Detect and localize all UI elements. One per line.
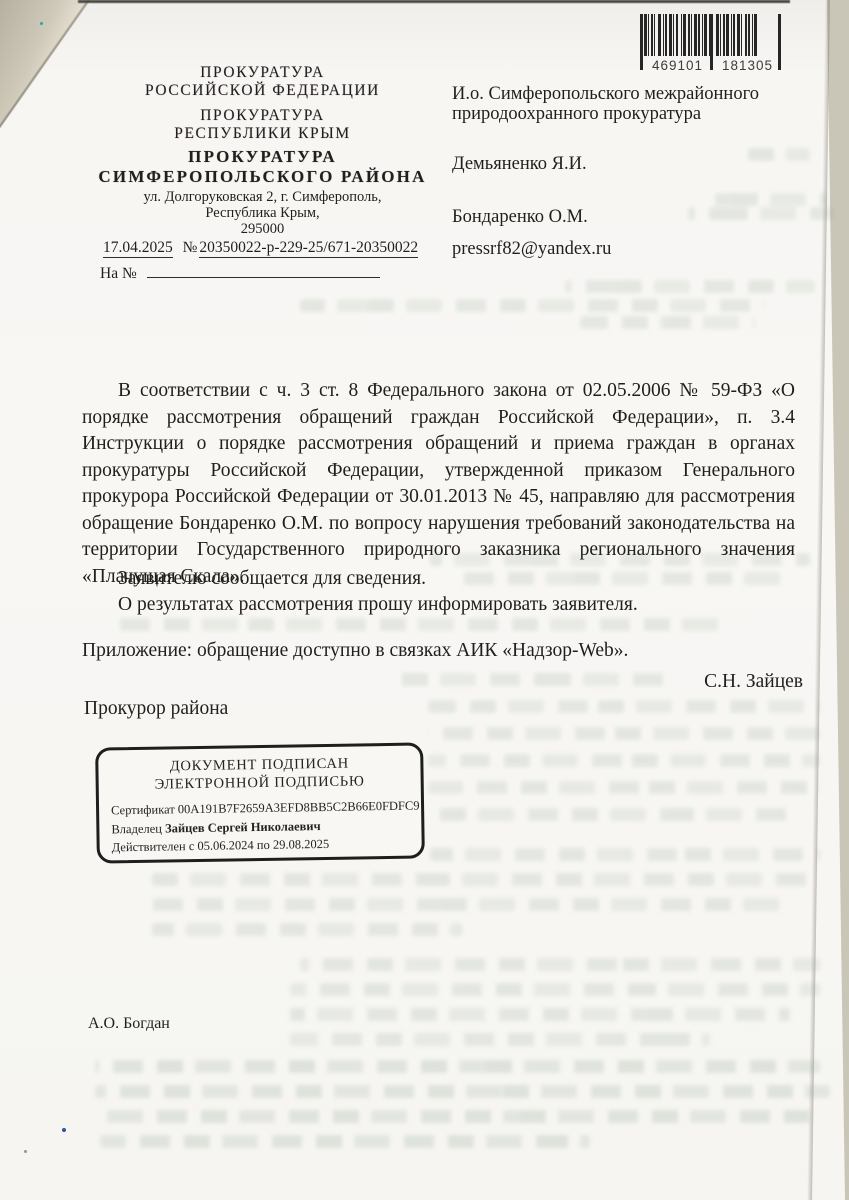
attachment-line: Приложение: обращение доступно в связках… [82, 638, 628, 665]
letterhead-address-line2: Республика Крым, [95, 205, 430, 221]
bleedthrough-band [300, 299, 765, 312]
body-paragraph-3: О результатах рассмотрения прошу информи… [118, 592, 638, 619]
outgoing-number: 20350022-р-229-25/671-20350022 [199, 239, 418, 258]
number-sign: № [183, 239, 198, 256]
bleedthrough-band [95, 1060, 820, 1073]
stamp-validity-line: Действителен с 05.06.2024 по 29.08.2025 [112, 837, 330, 855]
stamp-title-line2: ЭЛЕКТРОННОЙ ПОДПИСЬЮ [99, 772, 421, 794]
stamp-certificate-line: Сертификат 00A191B7F2659A3EFD8BB5C2B66E0… [111, 798, 420, 818]
digital-signature-stamp: ДОКУМЕНТ ПОДПИСАН ЭЛЕКТРОННОЙ ПОДПИСЬЮ С… [95, 742, 425, 863]
body-paragraph-2: Заявителю сообщается для сведения. [118, 566, 426, 593]
outgoing-date: 17.04.2025 [103, 239, 173, 258]
letterhead-org-federation-2: РОССИЙСКОЙ ФЕДЕРАЦИИ [95, 82, 430, 100]
barcode-digits-right: 181305 [722, 58, 773, 73]
bleedthrough-band [100, 1135, 590, 1148]
stamp-certificate-value: 00A191B7F2659A3EFD8BB5C2B66E0FDFC9 [178, 798, 420, 816]
letterhead-org-district-2: СИМФЕРОПОЛЬСКОГО РАЙОНА [95, 167, 430, 187]
recipient-addressee: И.о. Симферопольского межрайонного приро… [452, 85, 764, 124]
bleedthrough-band [688, 207, 833, 220]
recipient-person-2: Бондаренко О.М. [452, 208, 588, 228]
bleedthrough-band [152, 873, 820, 886]
scan-edge-shadow [78, 0, 790, 3]
bleedthrough-band [748, 148, 810, 161]
bleedthrough-band [428, 754, 820, 767]
barcode-bars [640, 14, 759, 56]
bleedthrough-band [112, 618, 724, 631]
bleedthrough-band [290, 983, 820, 996]
bleedthrough-band [290, 1008, 790, 1021]
letterhead-org-district-1: ПРОКУРАТУРА [95, 147, 430, 167]
body-paragraph-1: В соответствии с ч. 3 ст. 8 Федерального… [82, 378, 795, 590]
barcode-guard-bar [778, 14, 781, 70]
stamp-owner-line: Владелец Зайцев Сергей Николаевич [111, 819, 320, 837]
bleedthrough-band [428, 781, 820, 794]
scan-speck [40, 22, 43, 25]
stamp-owner-value: Зайцев Сергей Николаевич [165, 819, 321, 835]
stamp-certificate-label: Сертификат [111, 802, 175, 817]
barcode-guard-bar [710, 14, 713, 70]
reference-label: На № [100, 265, 137, 282]
signer-name: С.Н. Зайцев [650, 669, 803, 696]
recipient-email: pressrf82@yandex.ru [452, 240, 611, 260]
bleedthrough-band [152, 898, 792, 911]
recipient-person-1: Демьяненко Я.И. [452, 155, 587, 175]
outgoing-dateline: 17.04.2025 №20350022-р-229-25/671-203500… [103, 239, 418, 257]
barcode: 469101 181305 [640, 14, 782, 76]
bleedthrough-band [565, 280, 815, 293]
bleedthrough-band [95, 1110, 810, 1123]
bleedthrough-band [290, 1033, 710, 1046]
reference-blank-line [147, 263, 380, 278]
bleedthrough-band [152, 923, 462, 936]
letterhead-org-crimea-1: ПРОКУРАТУРА [95, 107, 430, 125]
letterhead-postal-code: 295000 [95, 221, 430, 237]
scanned-document: 469101 181305 ПРОКУРАТУРА РОССИЙСКОЙ ФЕД… [0, 0, 849, 1200]
bleedthrough-band [428, 727, 820, 740]
letterhead-org-federation-1: ПРОКУРАТУРА [95, 64, 430, 82]
stamp-owner-label: Владелец [111, 822, 162, 837]
barcode-guard-bar [640, 14, 643, 70]
bleedthrough-band [430, 808, 790, 821]
barcode-digits-left: 469101 [652, 58, 703, 73]
scan-speck [24, 1150, 27, 1153]
executor-name: А.О. Богдан [88, 1015, 170, 1033]
letterhead-address-line1: ул. Долгоруковская 2, г. Симферополь, [95, 189, 430, 205]
scan-speck [62, 1128, 66, 1132]
bleedthrough-band [430, 848, 820, 861]
bleedthrough-band [428, 700, 820, 713]
bleedthrough-band [300, 958, 820, 971]
bleedthrough-band [580, 316, 755, 329]
signer-title: Прокурор района [84, 696, 228, 723]
bleedthrough-band [392, 673, 667, 686]
letterhead-org-crimea-2: РЕСПУБЛИКИ КРЫМ [95, 125, 430, 143]
bleedthrough-band [715, 193, 827, 206]
reference-line: На № [100, 263, 380, 283]
bleedthrough-band [95, 1085, 830, 1098]
